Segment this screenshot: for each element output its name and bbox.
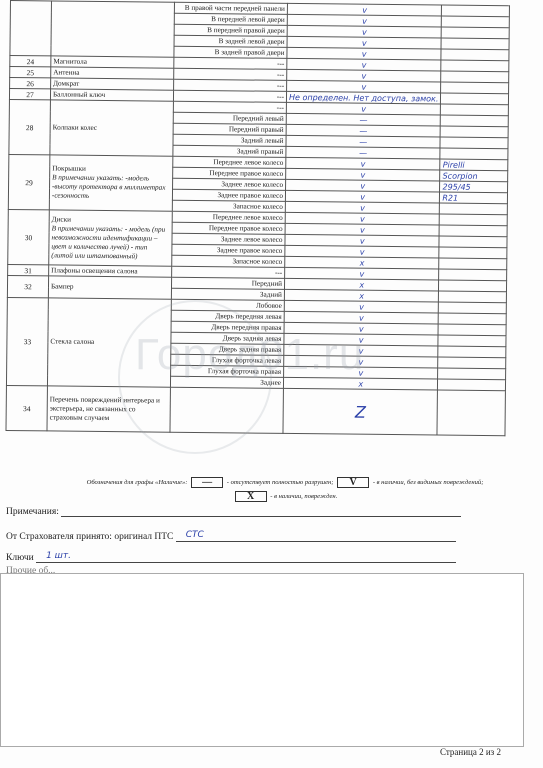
note-cell: 295/45 [440,181,508,193]
note-cell [439,291,507,303]
item-name-text: Колпаки колес [53,123,171,133]
note-cell [441,71,509,83]
note-cell [440,214,508,226]
keys-value: 1 шт. [36,551,71,561]
notes-field: Примечания: [6,505,486,517]
note-cell [439,247,507,259]
item-name-text: Бампер [51,282,169,292]
keys-field: Ключи 1 шт. [6,551,486,563]
note-cell [438,335,506,347]
item-name: ДискиВ примечании указать: - модель (при… [49,210,173,266]
item-name-text: Домкрат [53,79,171,89]
note-cell [441,104,509,116]
note-cell [439,280,507,292]
item-number: 27 [9,89,50,100]
item-name: ПокрышкиВ примечании указать: -модель -в… [49,155,173,211]
received-value: СТС [176,530,204,540]
keys-label: Ключи [6,553,34,563]
item-number: 24 [10,56,51,67]
note-cell [439,313,507,325]
item-number: 32 [7,275,48,297]
note-cell [441,115,509,127]
received-field: От Страхователя принято: оригинал ПТС СТ… [6,530,486,542]
item-name [51,1,175,57]
legend-cross-text: - в наличии, поврежден. [270,493,337,500]
page-number: Страница 2 из 2 [440,747,501,757]
legend-check-box: V [337,477,369,488]
document-page: В правой части передней панелиvВ передне… [0,0,543,768]
item-number: 28 [9,99,51,154]
notes-label: Примечания: [6,507,59,517]
item-description: В примечании указать: -модель -высоту пр… [52,173,170,201]
note-cell [442,16,510,28]
item-name-text: Антенна [53,68,171,78]
note-cell: Scorpion [440,170,508,182]
note-cell [439,302,507,314]
redaction-box [0,573,524,747]
item-number: 25 [10,67,51,78]
note-cell [438,368,506,380]
item-number: 26 [10,78,51,89]
note-cell [437,390,505,436]
note-cell [438,324,506,336]
note-cell [440,225,508,237]
legend-check-text: - в наличии, без видимых повреждений; [373,479,484,486]
legend-dash-text: - отсутствует полностью разрушен; [227,479,334,486]
note-cell [441,49,509,61]
item-number: 33 [6,297,48,385]
item-number [10,1,52,56]
note-cell [442,27,510,39]
note-cell [438,346,506,358]
legend-dash-box: — [191,477,223,488]
note-cell [439,269,507,281]
legend-cross-box: X [235,491,267,502]
item-number: 34 [6,385,47,430]
note-cell [440,137,508,149]
item-number: 30 [8,209,50,264]
note-cell [441,38,509,50]
note-cell [442,5,510,17]
presence-mark: Z [283,388,438,435]
note-cell [441,126,509,138]
note-cell [440,148,508,160]
note-cell [438,379,506,391]
item-name-text [54,28,172,29]
legend: Обозначения для графы «Наличие»: — - отс… [55,476,515,504]
item-name: Бампер [48,276,171,299]
legend-prefix: Обозначения для графы «Наличие»: [87,479,188,486]
item-number: 31 [8,264,49,275]
note-cell [439,258,507,270]
note-cell [440,203,508,215]
note-cell [438,357,506,369]
note-cell [441,93,509,105]
item-number: 29 [8,154,50,209]
note-cell [439,236,507,248]
item-name-text: Баллонный ключ [53,90,171,100]
item-description: В примечании указать: - модель (при нево… [51,224,169,261]
note-cell: R21 [440,192,508,204]
received-label: От Страхователя принято: оригинал ПТС [6,532,173,542]
note-cell: Pirelli [440,159,508,171]
note-cell [441,82,509,94]
watermark-text: Город01.ru [135,330,364,380]
item-name: Колпаки колес [50,100,174,156]
note-cell [441,60,509,72]
item-name-text: Плафоны освещения салона [51,266,169,276]
notes-value [61,505,461,517]
item-name-text: Магнитола [53,57,171,67]
